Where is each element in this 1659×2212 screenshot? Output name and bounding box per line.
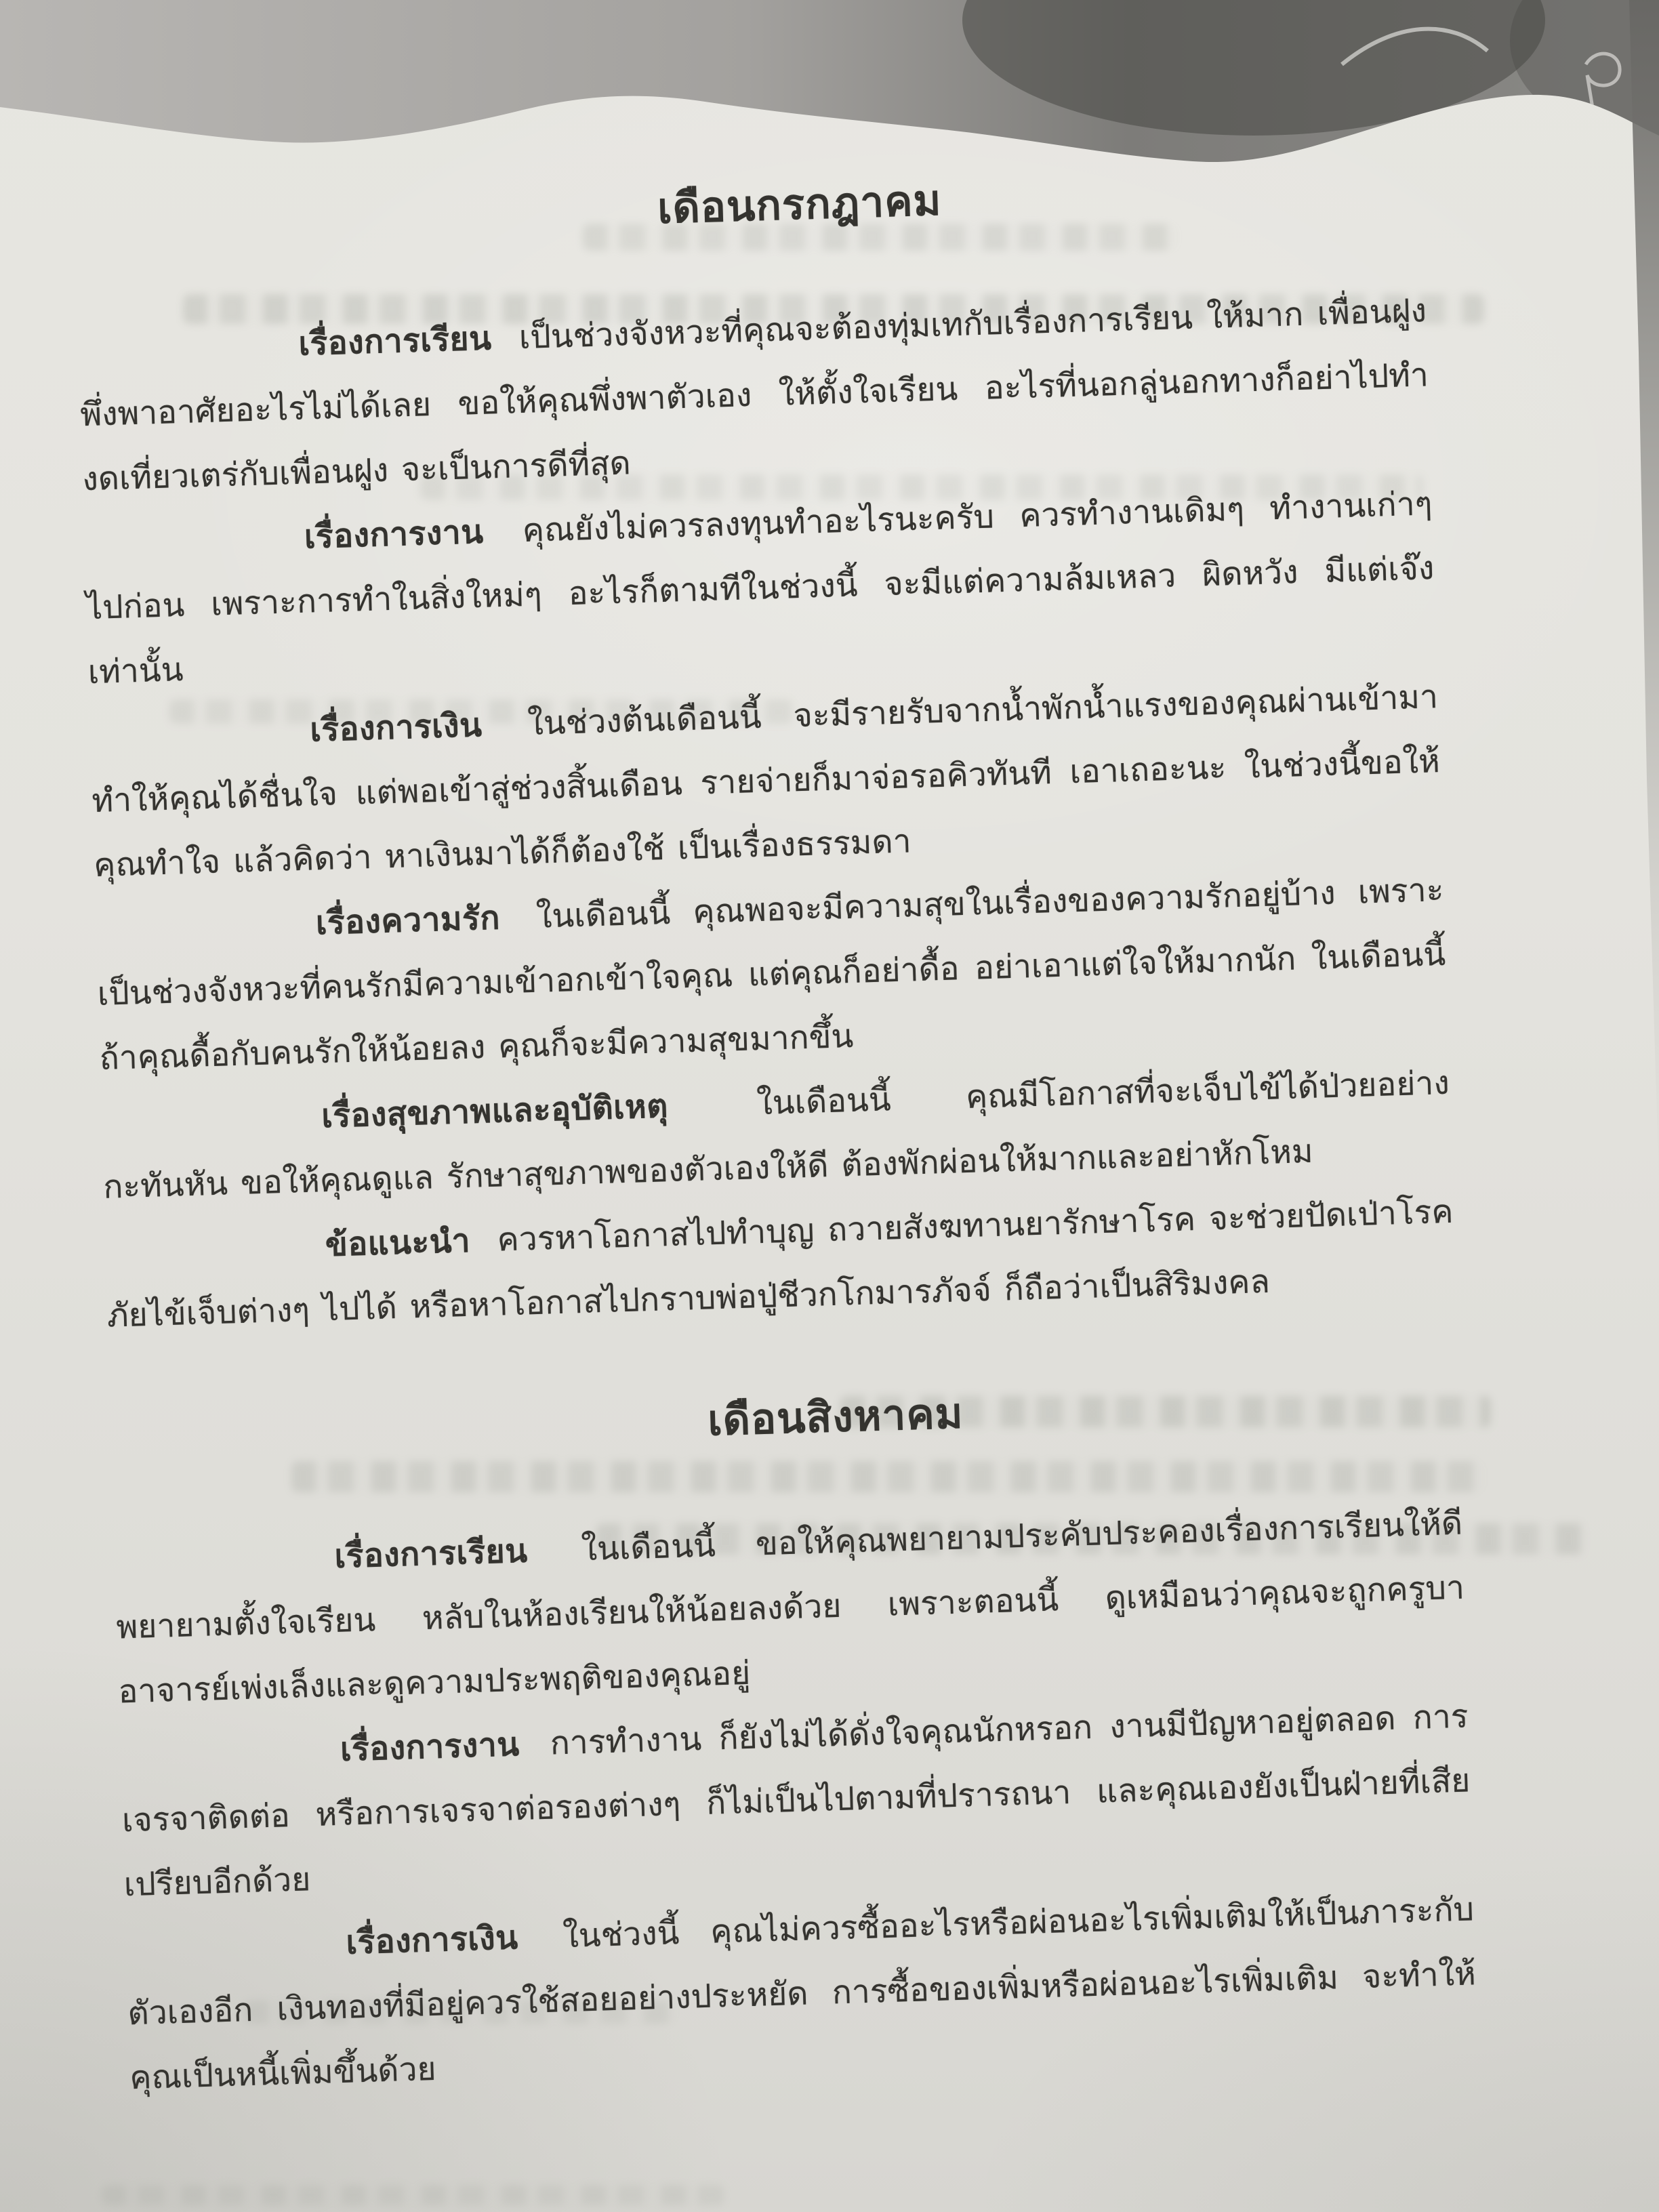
ghost-text-smudge [102, 2185, 725, 2205]
section-title-august: เดือนสิงหาคม [110, 1372, 1459, 1467]
paragraph-august-work: เรื่องการงาน การทำงาน ก็ยังไม่ได้ดั่งใจค… [119, 1684, 1473, 1917]
paragraph-july-study: เรื่องการเรียน เป็นช่วงจังหวะที่คุณจะต้อ… [77, 279, 1431, 512]
book-page-photo: เดือนกรกฎาคม เรื่องการเรียน เป็นช่วงจังห… [0, 0, 1659, 2212]
paragraph-heading: เรื่องสุขภาพและอุบัติเหตุ [321, 1088, 669, 1134]
page-edge-shadow [1612, 0, 1659, 1186]
paragraph-heading: เรื่องการเงิน [346, 1920, 518, 1961]
paragraph-body: คุณยังไม่ควรลงทุนทำอะไรนะครับ ควรทำงานเด… [85, 486, 1435, 691]
paragraph-heading: เรื่องการเงิน [310, 708, 483, 749]
paragraph-heading: เรื่องการงาน [304, 514, 484, 556]
page-text: เดือนกรกฎาคม เรื่องการเรียน เป็นช่วงจังห… [74, 159, 1479, 2110]
paragraph-august-study: เรื่องการเรียน ในเดือนนี้ ขอให้คุณพยายาม… [113, 1492, 1467, 1725]
paragraph-july-love: เรื่องความรัก ในเดือนนี้ คุณพอจะมีความสุ… [95, 858, 1449, 1091]
paragraph-july-work: เรื่องการงาน คุณยังไม่ควรลงทุนทำอะไรนะคร… [83, 472, 1437, 705]
paragraph-body: ในเดือนนี้ ขอให้คุณพยายามประคับประคองเรื… [116, 1506, 1465, 1711]
paragraph-body: ในช่วงนี้ คุณไม่ควรซื้ออะไรหรือผ่อนอะไรเ… [127, 1891, 1477, 2096]
paragraph-body: การทำงาน ก็ยังไม่ได้ดั่งใจคุณนักหรอก งาน… [121, 1698, 1471, 1903]
paragraph-heading: เรื่องการงาน [340, 1727, 520, 1768]
paragraph-body: ควรหาโอกาสไปทำบุญ ถวายสังฆทานยารักษาโรค … [106, 1194, 1454, 1334]
paragraph-august-money: เรื่องการเงิน ในช่วงนี้ คุณไม่ควรซื้ออะไ… [125, 1877, 1479, 2110]
paragraph-july-money: เรื่องการเงิน ในช่วงต้นเดือนนี้ จะมีรายร… [89, 665, 1443, 898]
paragraph-body: ในเดือนนี้ คุณพอจะมีความสุขในเรื่องของคว… [97, 872, 1446, 1077]
paragraph-body: เป็นช่วงจังหวะที่คุณจะต้องทุ่มเทกับเรื่อ… [80, 293, 1429, 497]
paragraph-body: ในช่วงต้นเดือนนี้ จะมีรายรับจากน้ำพักน้ำ… [91, 679, 1441, 884]
paragraph-body: ในเดือนนี้ คุณมีโอกาสที่จะเจ็บไข้ได้ป่วย… [103, 1065, 1450, 1206]
paragraph-heading: เรื่องการเรียน [334, 1534, 528, 1575]
paragraph-heading: เรื่องการเรียน [298, 321, 492, 362]
paragraph-heading: ข้อแนะนำ [325, 1223, 470, 1263]
paragraph-heading: เรื่องความรัก [315, 900, 500, 941]
